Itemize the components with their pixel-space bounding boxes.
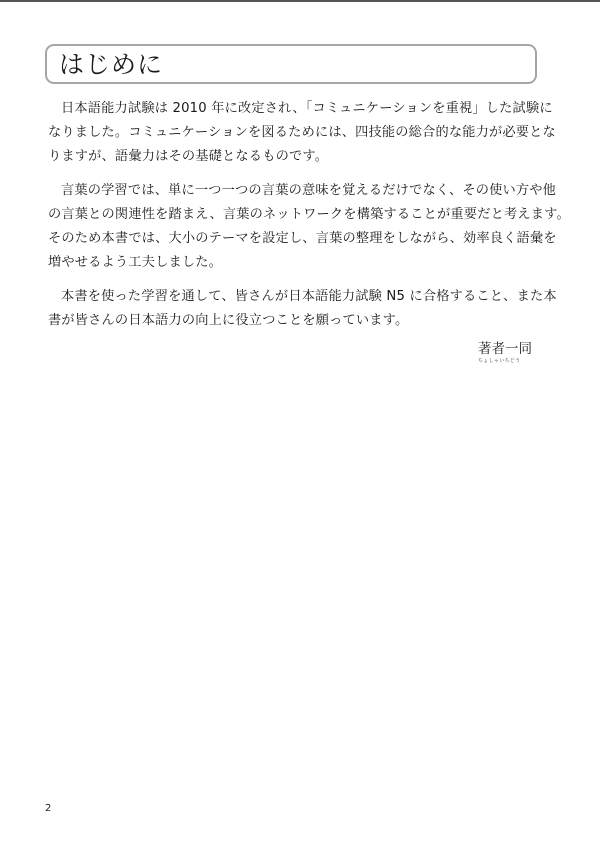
paragraph-line: 日本語能力試験は 2010 年に改定され、「コミュニケーションを重視」した試験に: [48, 97, 532, 121]
paragraph-3: 本書を使った学習を通して、皆さんが日本語能力試験 N5 に合格すること、また本 …: [48, 285, 532, 333]
paragraph-line: の言葉との関連性を踏まえ、言葉のネットワークを構築することが重要だと考えます。: [48, 203, 532, 227]
paragraph-line: りますが、語彙力はその基礎となるものです。: [48, 145, 532, 169]
page-number: 2: [45, 803, 51, 814]
paragraph-line: そのため本書では、大小のテーマを設定し、言葉の整理をしながら、効率良く語彙を: [48, 227, 532, 251]
paragraph-line: 言葉の学習では、単に一つ一つの言葉の意味を覚えるだけでなく、その使い方や他: [48, 179, 532, 203]
paragraph-line: なりました。コミュニケーションを図るためには、四技能の総合的な能力が必要とな: [48, 121, 532, 145]
paragraph-line: 本書を使った学習を通して、皆さんが日本語能力試験 N5 に合格すること、また本: [48, 285, 532, 309]
top-rule: [0, 0, 600, 2]
preface-body: 日本語能力試験は 2010 年に改定され、「コミュニケーションを重視」した試験に…: [48, 97, 532, 343]
paragraph-1: 日本語能力試験は 2010 年に改定され、「コミュニケーションを重視」した試験に…: [48, 97, 532, 169]
paragraph-line: 増やせるよう工夫しました。: [48, 251, 532, 275]
signature: 著者一同: [478, 340, 532, 358]
page-title-box: はじめに: [45, 44, 537, 84]
paragraph-line: 書が皆さんの日本語力の向上に役立つことを願っています。: [48, 309, 532, 333]
signature-furigana: ちょしゃいちどう: [478, 357, 520, 364]
paragraph-2: 言葉の学習では、単に一つ一つの言葉の意味を覚えるだけでなく、その使い方や他 の言…: [48, 179, 532, 275]
page-title: はじめに: [59, 49, 163, 81]
